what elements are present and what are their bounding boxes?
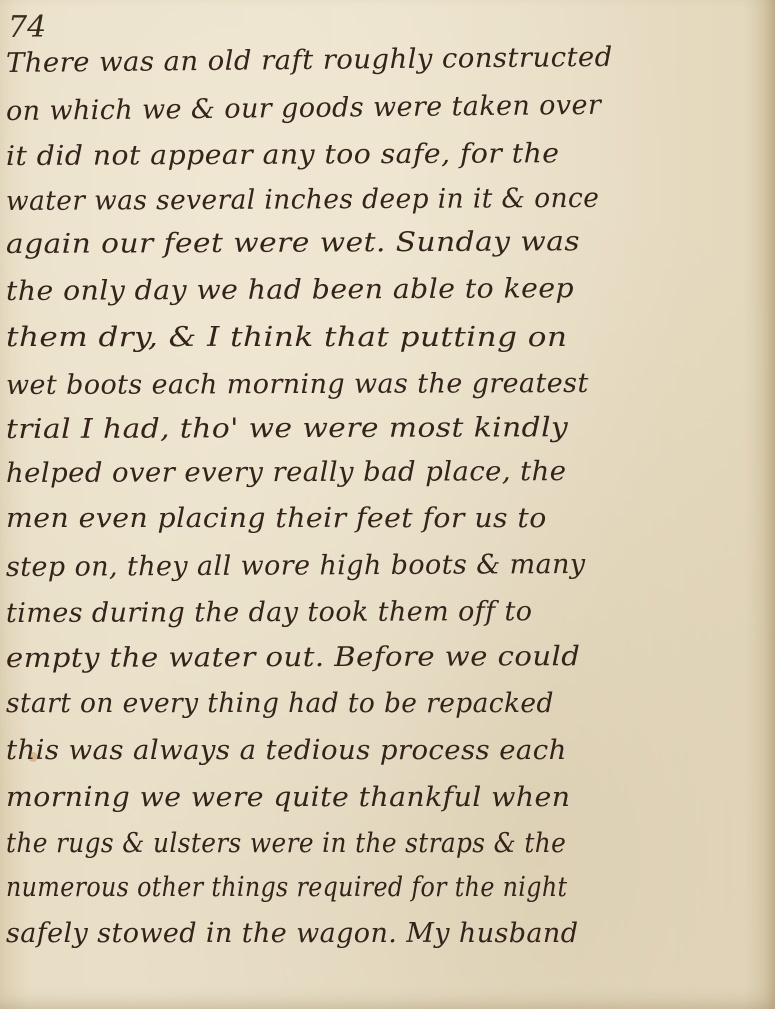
text-line-16: this was always a tedious process each	[6, 735, 775, 766]
text-line-12: step on, they all wore high boots & many	[6, 548, 771, 583]
text-line-4: water was several inches deep in it & on…	[6, 182, 756, 217]
text-line-13: times during the day took them off to	[6, 595, 771, 629]
text-line-1: There was an old raft roughly constructe…	[6, 40, 775, 79]
text-line-19: numerous other things required for the n…	[6, 872, 679, 903]
text-line-18: the rugs & ulsters were in the straps & …	[6, 828, 710, 859]
text-line-5: again our feet were wet. Sunday was	[6, 225, 775, 260]
text-line-15: start on every thing had to be repacked	[6, 688, 756, 719]
text-line-20: safely stowed in the wagon. My husband	[6, 918, 771, 949]
text-line-10: helped over every really bad place, the	[6, 455, 775, 489]
page-number: 74	[8, 10, 46, 45]
manuscript-page: 74 There was an old raft roughly constru…	[0, 0, 775, 1009]
text-line-6: the only day we had been able to keep	[6, 272, 775, 307]
text-line-8: wet boots each morning was the greatest	[6, 367, 771, 401]
text-line-17: morning we were quite thankful when	[6, 782, 775, 813]
text-line-11: men even placing their feet for us to	[6, 503, 775, 534]
text-line-3: it did not appear any too safe, for the	[6, 137, 775, 172]
text-line-2: on which we & our goods were taken over	[6, 88, 771, 127]
text-line-9: trial I had, tho' we were most kindly	[6, 411, 775, 445]
text-line-14: empty the water out. Before we could	[6, 640, 775, 674]
text-line-7: them dry, & I think that putting on	[6, 322, 775, 353]
